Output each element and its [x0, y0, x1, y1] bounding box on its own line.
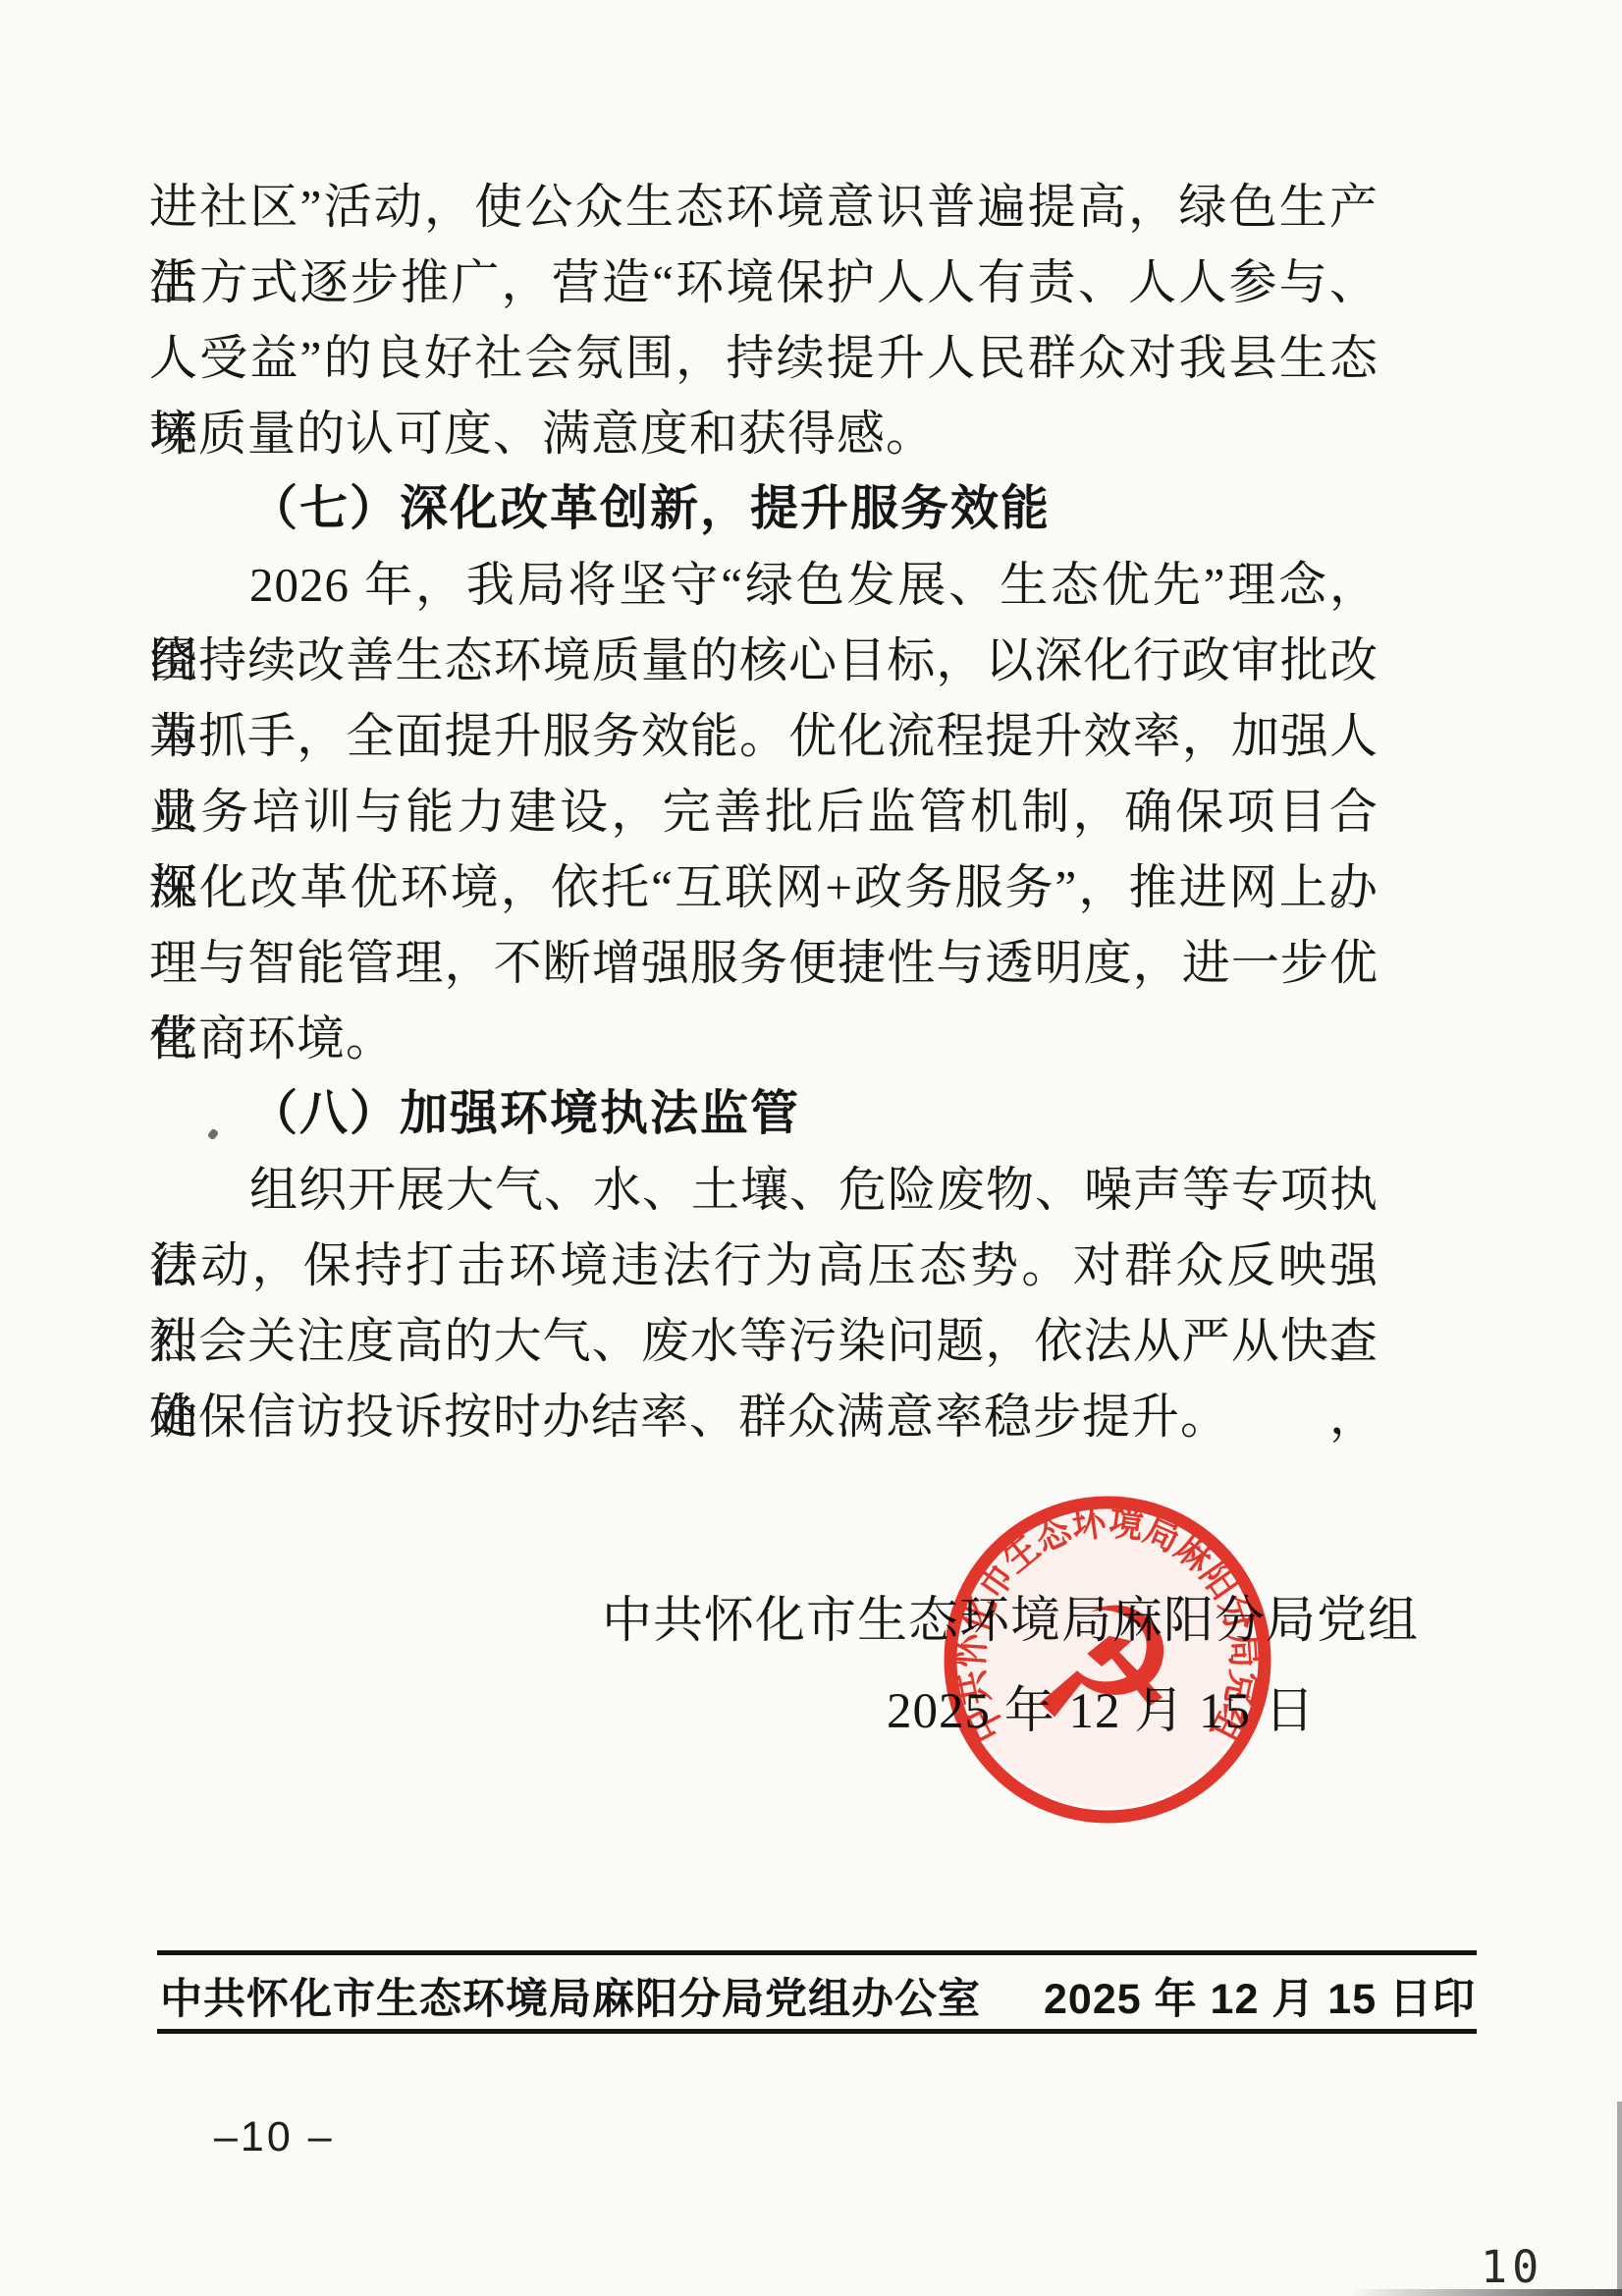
- body-line: 境质量的认可度、满意度和获得感。: [149, 396, 1379, 471]
- footer-rule-top: [157, 1950, 1477, 1955]
- body-line: 深化改革优环境，依托“互联网+政务服务”，推进网上办: [149, 849, 1379, 925]
- body-line: 组织开展大气、水、土壤、危险废物、噪声等专项执法: [149, 1152, 1379, 1228]
- section-heading-8: （八）加强环境执法监管: [149, 1076, 1379, 1152]
- body-line: 为抓手，全面提升服务效能。优化流程提升效率，加强人员: [149, 698, 1379, 774]
- footer-row: 中共怀化市生态环境局麻阳分局党组办公室 2025 年 12 月 15 日印: [160, 1966, 1476, 2025]
- body-line: 2026 年，我局将坚守“绿色发展、生态优先”理念，围: [149, 547, 1379, 623]
- hammer-sickle-icon: ☭: [1018, 1560, 1194, 1774]
- document-page: 进社区”活动，使公众生态环境意识普遍提高，绿色生产生 活方式逐步推广，营造“环境…: [0, 0, 1622, 2296]
- body-line: 活方式逐步推广，营造“环境保护人人有责、人人参与、人: [149, 245, 1379, 320]
- page-number: –10 –: [214, 2113, 335, 2161]
- official-seal-stamp: 中共怀化市生态环境局麻阳分局党组 ☭: [921, 1473, 1294, 1846]
- footer-office: 中共怀化市生态环境局麻阳分局党组办公室: [160, 1966, 981, 2026]
- body-line: 绕持续改善生态环境质量的核心目标，以深化行政审批改革: [149, 623, 1379, 698]
- body-line: 社会关注度高的大气、废水等污染问题，依法从严从快查处，: [149, 1303, 1379, 1379]
- body-line: 进社区”活动，使公众生态环境意识普遍提高，绿色生产生: [149, 169, 1379, 245]
- footer-print-date: 2025 年 12 月 15 日印: [1044, 1966, 1476, 2026]
- scan-edge-bottom: [1350, 2289, 1622, 2296]
- scan-edge-right: [1617, 2102, 1622, 2296]
- corner-page-number: 10: [1481, 2241, 1543, 2293]
- footer-rule-bottom: [157, 2029, 1477, 2034]
- body-line: 行动，保持打击环境违法行为高压态势。对群众反映强烈、: [149, 1228, 1379, 1303]
- body-line: 理与智能管理，不断增强服务便捷性与透明度，进一步优化: [149, 925, 1379, 1001]
- body-text-block: 进社区”活动，使公众生态环境意识普遍提高，绿色生产生 活方式逐步推广，营造“环境…: [149, 169, 1379, 1454]
- body-line: 人受益”的良好社会氛围，持续提升人民群众对我县生态环: [149, 320, 1379, 396]
- body-line: 营商环境。: [149, 1001, 1379, 1076]
- section-heading-7: （七）深化改革创新，提升服务效能: [149, 471, 1379, 547]
- body-line: 确保信访投诉按时办结率、群众满意率稳步提升。: [149, 1379, 1379, 1454]
- body-line: 业务培训与能力建设，完善批后监管机制，确保项目合规。: [149, 774, 1379, 849]
